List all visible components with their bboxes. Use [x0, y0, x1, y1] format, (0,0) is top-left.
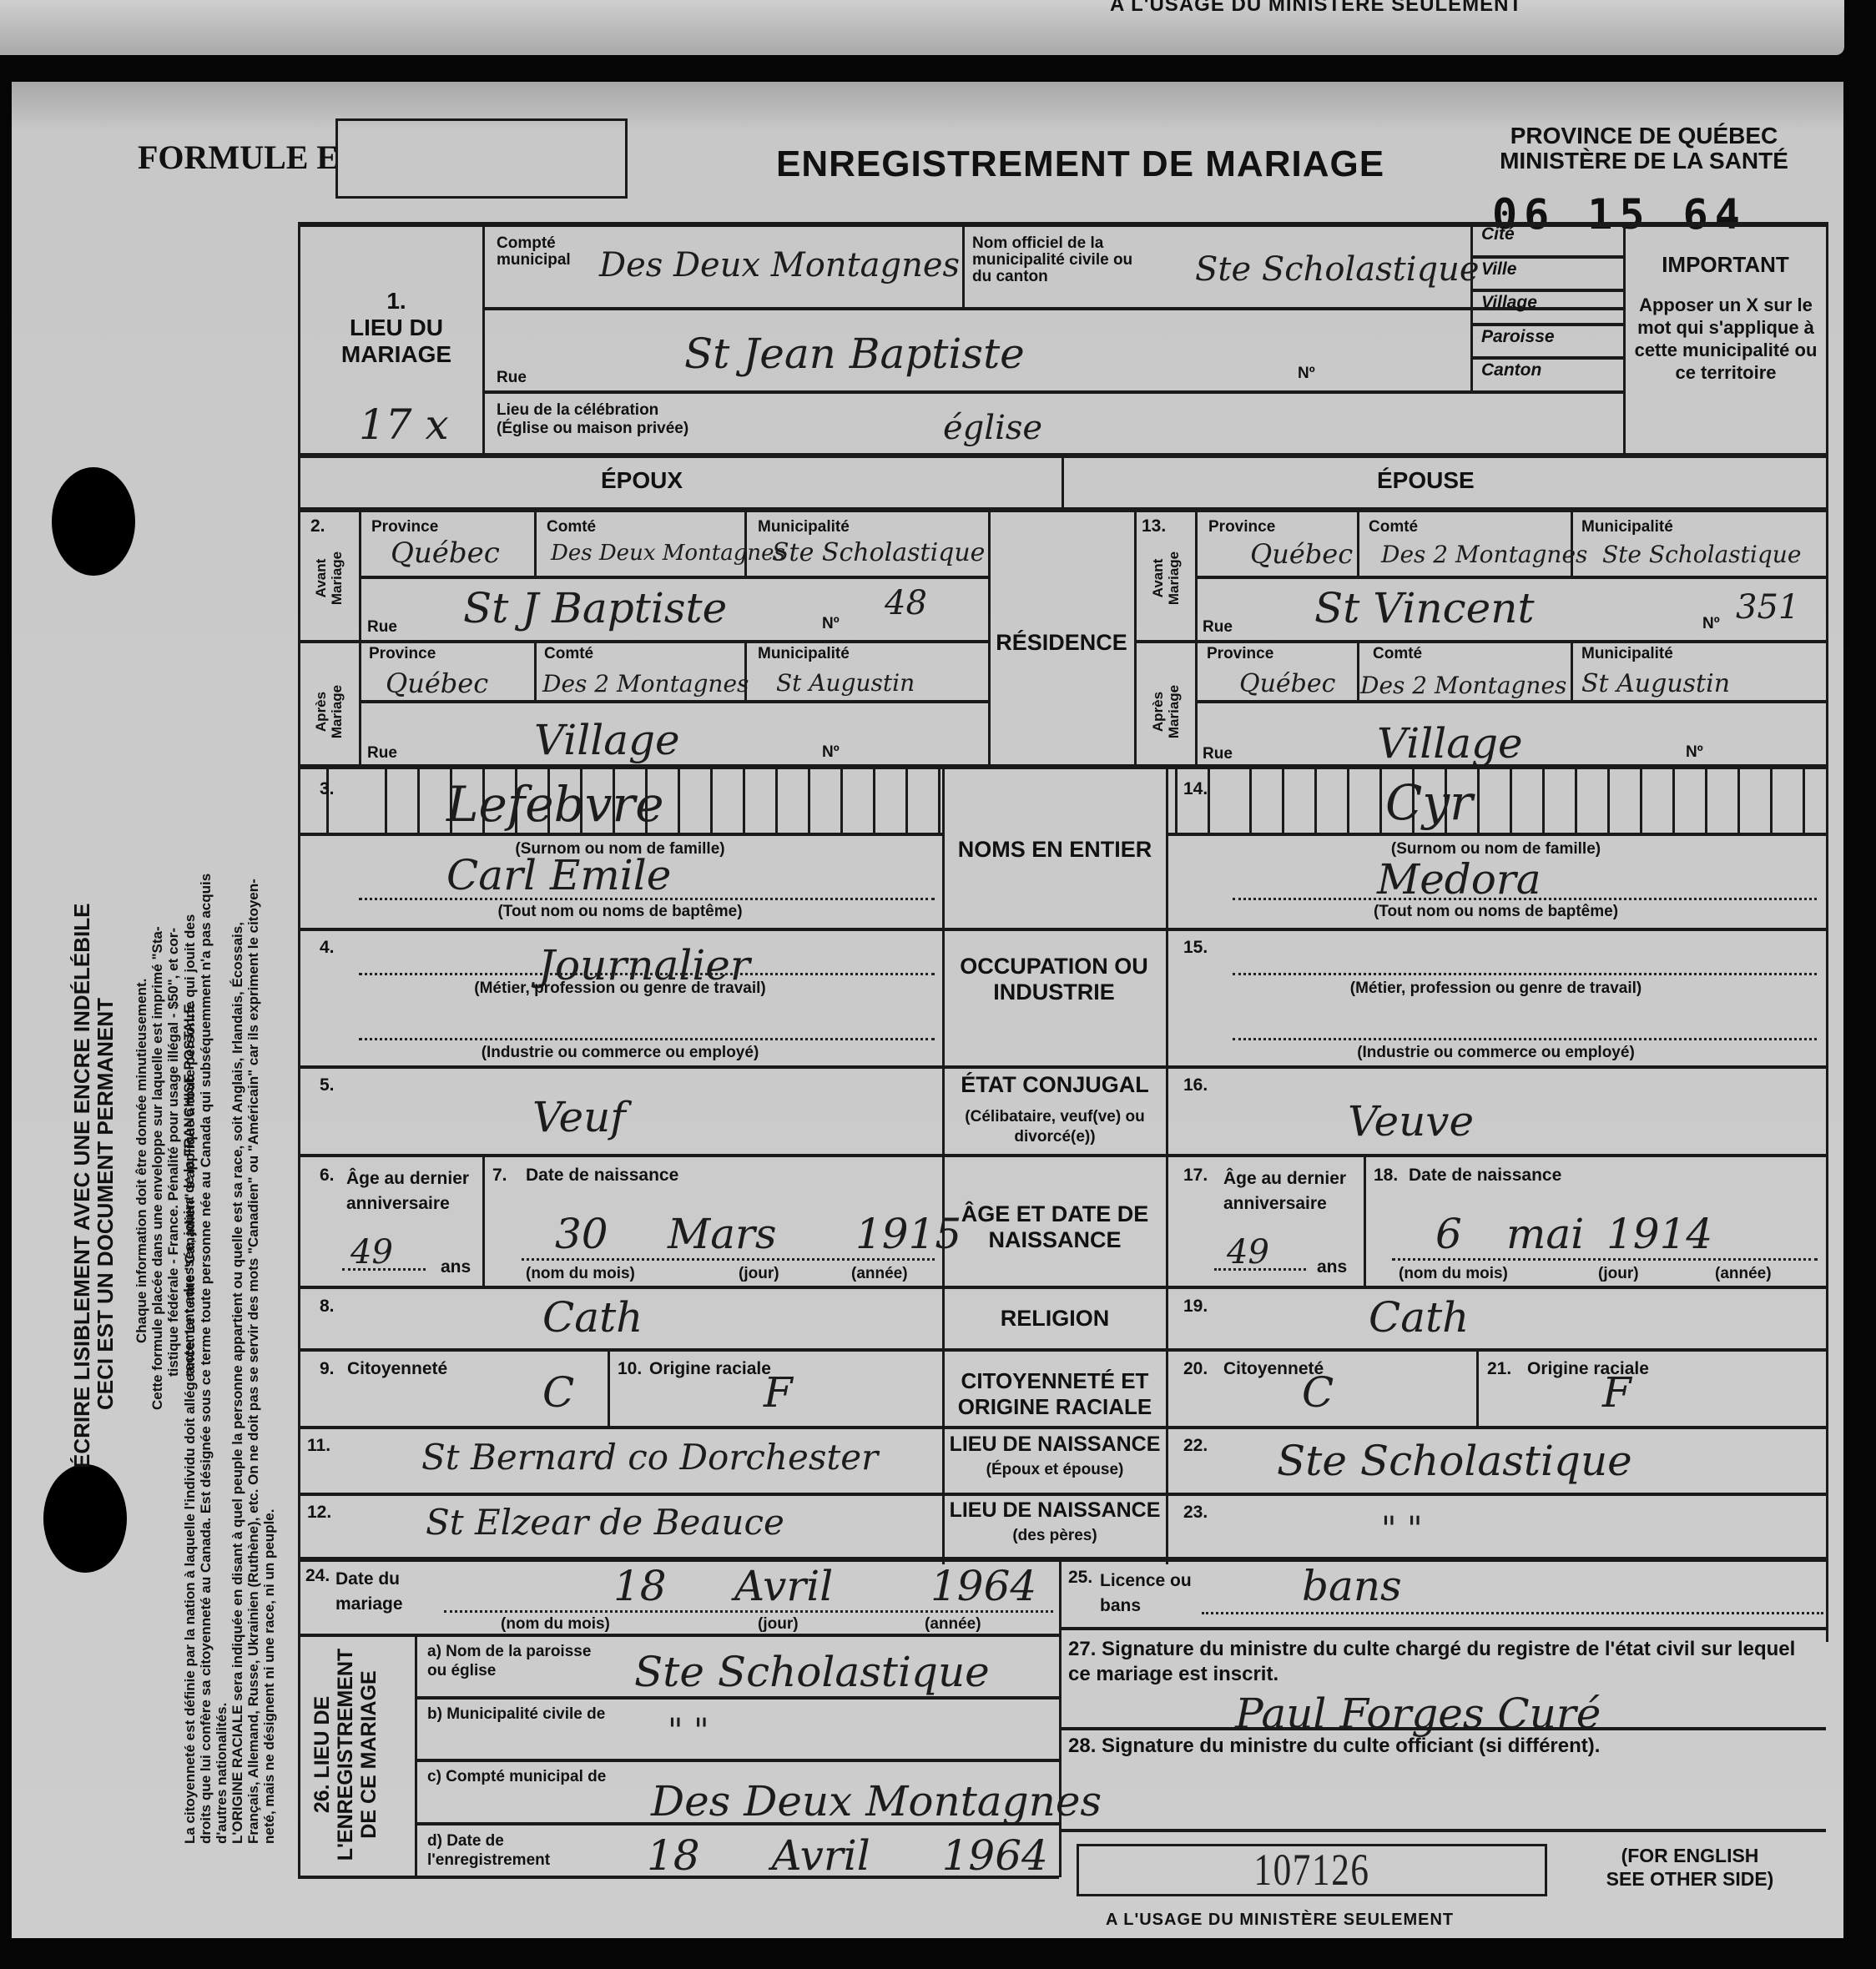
rule: [1364, 1156, 1366, 1287]
epoux-avant-no[interactable]: 48: [885, 584, 927, 622]
side-para3-line2: Français, Allemand, Russe, Ukrainien (Ru…: [245, 874, 261, 1844]
important-title: IMPORTANT: [1627, 255, 1823, 274]
rule: [1059, 1727, 1826, 1730]
epoux-origine[interactable]: F: [764, 1368, 793, 1417]
english-note-line1: (FOR ENGLISH: [1590, 1844, 1790, 1867]
epouse-jour-hint: (jour): [1598, 1266, 1639, 1282]
previous-sheet-footer: A L'USAGE DU MINISTÈRE SEULEMENT: [1110, 0, 1522, 17]
epoux-apres-no-label: Nº: [822, 744, 840, 761]
section26-b-value[interactable]: " ": [668, 1712, 709, 1750]
compte-value[interactable]: Des Deux Montagnes: [599, 246, 960, 285]
rule: [298, 833, 942, 836]
epoux-dob-label: Date de naissance: [526, 1166, 678, 1185]
section24-jour-hint: (jour): [758, 1616, 799, 1633]
epoux-avant-rue[interactable]: St J Baptiste: [463, 584, 727, 632]
dotted-line: [522, 1258, 935, 1261]
type-ville[interactable]: Ville: [1481, 260, 1516, 279]
epoux-apres-rue[interactable]: Village: [534, 716, 680, 764]
rule: [415, 1635, 417, 1877]
section27-signature[interactable]: Paul Forges Curé: [1235, 1690, 1601, 1738]
section1-number: 1.: [330, 288, 463, 315]
rule: [298, 507, 1828, 512]
epouse-avant-rue[interactable]: St Vincent: [1314, 584, 1535, 632]
rule: [608, 1350, 610, 1428]
epoux-dob-number: 7.: [492, 1166, 507, 1185]
epouse-avant-comte[interactable]: Des 2 Montagnes: [1381, 541, 1587, 568]
epoux-avant-no-label: Nº: [822, 616, 840, 632]
epouse-surname-boxes: [1166, 766, 1826, 834]
type-village[interactable]: Village: [1481, 294, 1537, 312]
registration-number-box: 107126: [1077, 1844, 1547, 1896]
epoux-avant-province[interactable]: Québec: [391, 536, 500, 570]
epouse-metier-hint: (Métier, profession ou genre de travail): [1166, 980, 1826, 997]
side-para2-line2: droits que lui confère sa citoyenneté au…: [198, 874, 214, 1844]
epoux-name-number: 3.: [320, 780, 335, 798]
rule: [1059, 1627, 1826, 1630]
english-note: (FOR ENGLISH SEE OTHER SIDE): [1590, 1844, 1790, 1891]
epoux-apres-comte-label: Comté: [544, 646, 593, 662]
rule: [962, 224, 965, 309]
epoux-apres-muni-label: Municipalité: [758, 646, 850, 662]
dotted-line: [1233, 1038, 1817, 1040]
epouse-annee-hint: (année): [1715, 1266, 1772, 1282]
epouse-avant-comte-label: Comté: [1369, 519, 1418, 536]
epoux-apres-province-label: Province: [369, 646, 436, 662]
celebration-label-2: (Église ou maison privée): [497, 420, 688, 437]
epouse-header: ÉPOUSE: [1377, 471, 1475, 490]
etat-conjugal-hint: (Célibataire, veuf(ve) ou divorcé(e)): [951, 1107, 1158, 1147]
epouse-etat-conjugal[interactable]: Veuve: [1348, 1097, 1474, 1146]
section26-a-label: a) Nom de la paroisse ou église: [427, 1642, 607, 1680]
rule: [1470, 356, 1623, 360]
side-para1-line3: tistique fédérale - France. Pénalité pou…: [165, 926, 181, 1810]
epouse-origine[interactable]: F: [1602, 1368, 1631, 1417]
epouse-orig-number: 21.: [1487, 1360, 1511, 1378]
section26-a-value[interactable]: Ste Scholastique: [634, 1648, 990, 1696]
section26-number: 26.: [310, 1784, 334, 1813]
epoux-cit-label: Citoyenneté: [347, 1360, 447, 1378]
dotted-line: [1392, 1258, 1818, 1261]
rule: [1623, 224, 1626, 455]
epouse-avant-province-label: Province: [1208, 519, 1275, 536]
rule: [1059, 1829, 1826, 1832]
section25-label: Licence ou bans: [1100, 1569, 1200, 1619]
epoux-apres-label: Après Mariage: [313, 666, 345, 758]
rule: [298, 1065, 1826, 1069]
epouse-avant-label: Avant Mariage: [1150, 532, 1182, 624]
epouse-etat-number: 16.: [1183, 1076, 1208, 1095]
rule: [534, 641, 537, 702]
licence-ou-bans[interactable]: bans: [1302, 1562, 1402, 1610]
epoux-apres-comte[interactable]: Des 2 Montagnes: [542, 670, 749, 697]
epoux-avant-municipalite[interactable]: Ste Scholastique: [772, 538, 985, 567]
section26-title: LIEU DE L'ENREGISTREMENT DE CE MARIAGE: [310, 1649, 381, 1861]
epoux-citoyennete[interactable]: C: [542, 1368, 574, 1417]
epouse-apres-comte-label: Comté: [1373, 646, 1422, 662]
epouse-avant-province[interactable]: Québec: [1250, 538, 1353, 570]
side-heading-1: ÉCRIRE LISIBLEMENT AVEC UNE ENCRE INDÉLÉ…: [70, 904, 93, 1669]
celebration-value[interactable]: église: [943, 409, 1042, 447]
rule: [1571, 641, 1573, 702]
celebration-label-1: Lieu de la célébration: [497, 402, 658, 419]
rule: [1195, 576, 1826, 579]
punch-hole-top: [52, 467, 135, 576]
epoux-age-label: Âge au dernier anniversaire: [346, 1166, 472, 1216]
authority-province: PROVINCE DE QUÉBEC: [1494, 123, 1794, 149]
epouse-dob-jour[interactable]: 6: [1435, 1210, 1462, 1258]
rue-value[interactable]: St Jean Baptiste: [684, 330, 1025, 378]
dotted-line: [1233, 973, 1817, 975]
rue-label: Rue: [497, 370, 527, 386]
religion-label: RELIGION: [944, 1306, 1166, 1332]
rule: [298, 1493, 1826, 1496]
side-para1-line2: Cette formule placée dans une enveloppe …: [149, 926, 165, 1810]
rule: [359, 509, 361, 766]
side-para2-line1: La citoyenneté est définie par la nation…: [182, 874, 198, 1844]
epoux-given-hint: (Tout nom ou noms de baptême): [298, 904, 942, 920]
epouse-dob-number: 18.: [1374, 1166, 1398, 1185]
rule: [1195, 509, 1198, 766]
side-para3-line3: neté, mais ne désignent ni une race, ni …: [261, 874, 277, 1844]
rule: [1476, 1350, 1479, 1428]
epoux-dob-jour[interactable]: 30: [555, 1210, 608, 1258]
rule: [482, 224, 485, 455]
epouse-industrie-hint: (Industrie ou commerce ou employé): [1166, 1045, 1826, 1061]
dotted-line: [359, 1038, 935, 1040]
rule: [298, 1634, 1059, 1637]
section28-label: 28. Signature du ministre du culte offic…: [1068, 1737, 1600, 1755]
section26-d-label: d) Date de l'enregistrement: [427, 1831, 594, 1870]
rule: [298, 222, 1828, 227]
epoux-etat-conjugal[interactable]: Veuf: [532, 1093, 626, 1141]
occupation-label: OCCUPATION OU INDUSTRIE: [956, 954, 1152, 1005]
epouse-apres-province[interactable]: Québec: [1239, 669, 1335, 698]
office-use-box: [335, 118, 628, 199]
residence-label: RÉSIDENCE: [990, 630, 1133, 656]
epoux-age[interactable]: 49: [350, 1233, 393, 1272]
type-canton[interactable]: Canton: [1481, 361, 1541, 380]
type-paroisse[interactable]: Paroisse: [1481, 328, 1555, 346]
epouse-avant-municipalite[interactable]: Ste Scholastique: [1602, 541, 1801, 568]
epoux-mois-hint: (nom du mois): [526, 1266, 635, 1282]
epoux-avant-province-label: Province: [371, 519, 438, 536]
rule: [298, 1557, 1828, 1562]
section28-text: Signature du ministre du culte officiant…: [1102, 1735, 1600, 1757]
rule: [298, 1348, 1826, 1352]
dotted-line: [444, 1610, 1053, 1613]
side-para1-line1: Chaque information doit être donnée minu…: [134, 926, 149, 1810]
epouse-apres-rue-label: Rue: [1203, 746, 1233, 763]
epouse-apres-province-label: Province: [1207, 646, 1273, 662]
dotted-line: [1202, 1612, 1823, 1614]
rule: [298, 640, 988, 643]
epoux-industrie-hint: (Industrie ou commerce ou employé): [298, 1045, 942, 1061]
epouse-mois-hint: (nom du mois): [1399, 1266, 1508, 1282]
epouse-ans-label: ans: [1317, 1258, 1347, 1277]
epouse-given-hint: (Tout nom ou noms de baptême): [1166, 904, 1826, 920]
epoux-avant-comte[interactable]: Des Deux Montagnes: [551, 541, 785, 566]
rule: [1062, 455, 1064, 509]
rule: [1470, 289, 1623, 292]
epoux-cit-number: 9.: [320, 1360, 335, 1378]
epoux-age-number: 6.: [320, 1166, 335, 1185]
epoux-avant-comte-label: Comté: [547, 519, 596, 536]
epoux-avant-muni-label: Municipalité: [758, 519, 850, 536]
nom-officiel-value[interactable]: Ste Scholastique: [1195, 250, 1480, 289]
rule: [359, 700, 988, 703]
rule: [1195, 700, 1826, 703]
epoux-apres-rue-label: Rue: [367, 745, 397, 762]
marriage-day[interactable]: 18: [613, 1562, 667, 1610]
epoux-lieu-naissance-peres[interactable]: St Elzear de Beauce: [426, 1502, 784, 1543]
rule: [1166, 766, 1168, 1564]
compte-label: Compté municipal: [497, 235, 572, 269]
rule: [1134, 640, 1826, 643]
authority-ministry: MINISTÈRE DE LA SANTÉ: [1494, 149, 1794, 174]
epouse-avant-rue-label: Rue: [1203, 619, 1233, 636]
section26-b-label: b) Municipalité civile de: [427, 1705, 607, 1724]
epouse-avant-muni-label: Municipalité: [1581, 519, 1673, 536]
marriage-month[interactable]: Avril: [734, 1562, 833, 1610]
lieu-naissance-hint-2: (des pères): [944, 1528, 1166, 1544]
side-para2-line3: d'autres nationalités.: [214, 874, 229, 1844]
epouse-given-names[interactable]: Medora: [1377, 855, 1541, 904]
epouse-dob-mois[interactable]: mai: [1506, 1210, 1584, 1258]
side-para3-line1: L'ORIGINE RACIALE sera indiquée en disan…: [229, 874, 245, 1844]
epouse-lieu-peres-number: 23.: [1183, 1503, 1208, 1522]
rule: [482, 307, 1623, 310]
rule: [298, 928, 1826, 931]
dotted-line: [359, 973, 935, 975]
etat-conjugal-label: ÉTAT CONJUGAL: [944, 1072, 1166, 1098]
epoux-religion-number: 8.: [320, 1297, 335, 1316]
epouse-age[interactable]: 49: [1227, 1233, 1269, 1272]
dotted-line: [1233, 898, 1817, 900]
rule: [298, 1154, 1826, 1157]
epoux-lieu-number: 11.: [307, 1437, 330, 1455]
section26-c-value[interactable]: Des Deux Montagnes: [651, 1777, 1102, 1825]
lieu-naissance-label-1: LIEU DE NAISSANCE: [944, 1432, 1166, 1458]
epouse-avant-no[interactable]: 351: [1736, 588, 1799, 627]
rule: [1357, 509, 1359, 577]
epouse-lieu-naissance-peres[interactable]: " ": [1381, 1510, 1423, 1549]
epouse-apres-comte[interactable]: Des 2 Montagnes: [1360, 672, 1566, 699]
epouse-lieu-naissance[interactable]: Ste Scholastique: [1277, 1437, 1632, 1485]
form-label: FORMULE E: [138, 138, 339, 177]
section26-c-label: c) Compté municipal de: [427, 1767, 632, 1786]
epouse-apres-muni-label: Municipalité: [1581, 646, 1673, 662]
section28-number: 28.: [1068, 1735, 1096, 1757]
previous-sheet-strip: A L'USAGE DU MINISTÈRE SEULEMENT: [0, 0, 1844, 55]
rule: [1166, 833, 1826, 836]
epouse-dob-annee[interactable]: 1914: [1606, 1210, 1712, 1258]
section24-mois-hint: (nom du mois): [501, 1616, 610, 1633]
section27-text: Signature du ministre du culte chargé du…: [1068, 1638, 1795, 1685]
epouse-religion-number: 19.: [1183, 1297, 1208, 1316]
type-cite[interactable]: Cité: [1481, 225, 1515, 244]
dotted-line: [359, 898, 935, 900]
cit-origine-label: CITOYENNETÉ ET ORIGINE RACIALE: [944, 1368, 1166, 1420]
section24-annee-hint: (année): [925, 1616, 981, 1633]
page-title: ENREGISTREMENT DE MARIAGE: [776, 144, 1384, 185]
epouse-apres-rue[interactable]: Village: [1377, 719, 1523, 768]
important-text: Apposer un X sur le mot qui s'applique à…: [1629, 294, 1823, 384]
epouse-apres-label: Après Mariage: [1150, 666, 1182, 758]
epoux-metier-hint: (Métier, profession ou genre de travail): [298, 980, 942, 997]
rule: [534, 509, 537, 577]
epouse-age-number: 17.: [1183, 1166, 1208, 1185]
epouse-age-label: Âge au dernier anniversaire: [1223, 1166, 1357, 1216]
marriage-year[interactable]: 1964: [930, 1562, 1036, 1610]
epouse-apres-no-label: Nº: [1686, 744, 1703, 761]
lieu-naissance-hint-1: (Époux et épouse): [944, 1462, 1166, 1478]
noms-en-entier-label: NOMS EN ENTIER: [944, 837, 1166, 863]
nom-officiel-label: Nom officiel de la municipalité civile o…: [972, 235, 1147, 285]
section1-code: 17 x: [359, 400, 449, 449]
epoux-annee-hint: (année): [851, 1266, 908, 1282]
epoux-header: ÉPOUX: [601, 471, 683, 490]
epoux-dob-mois[interactable]: Mars: [668, 1210, 777, 1258]
form-right-border: [1826, 224, 1828, 1642]
side-heading: ÉCRIRE LISIBLEMENT AVEC UNE ENCRE INDÉLÉ…: [70, 904, 117, 1669]
section27-label: 27. Signature du ministre du culte charg…: [1068, 1637, 1819, 1687]
section26-label: 26. LIEU DE L'ENREGISTREMENT DE CE MARIA…: [310, 1634, 381, 1876]
epouse-religion[interactable]: Cath: [1369, 1293, 1469, 1342]
rule: [1357, 641, 1359, 702]
epoux-occ-number: 4.: [320, 939, 335, 957]
epoux-religion[interactable]: Cath: [542, 1293, 643, 1342]
epoux-apres-province[interactable]: Québec: [386, 667, 488, 699]
epouse-apres-municipalite[interactable]: St Augustin: [1581, 669, 1730, 698]
rule: [482, 390, 1623, 394]
age-date-label: ÂGE ET DATE DE NAISSANCE: [944, 1201, 1166, 1253]
epoux-lieu-peres-number: 12.: [307, 1503, 331, 1522]
epouse-surname[interactable]: Cyr: [1385, 774, 1473, 831]
section25-number: 25.: [1068, 1569, 1092, 1587]
epouse-citoyennete[interactable]: C: [1302, 1368, 1334, 1417]
authority-header: PROVINCE DE QUÉBEC MINISTÈRE DE LA SANTÉ: [1494, 123, 1794, 174]
rule: [359, 576, 988, 579]
rule: [482, 1156, 485, 1287]
side-heading-2: CECI EST UN DOCUMENT PERMANENT: [93, 904, 117, 1669]
epouse-lieu-number: 22.: [1183, 1437, 1208, 1455]
rule: [415, 1696, 1059, 1700]
epouse-name-number: 14.: [1183, 780, 1208, 798]
epoux-surname[interactable]: Lefebvre: [446, 776, 664, 833]
section1-title: LIEU DU MARIAGE: [330, 315, 463, 368]
no-label: Nº: [1298, 365, 1315, 382]
epouse-dob-label: Date de naissance: [1409, 1166, 1561, 1185]
section1-label: 1. LIEU DU MARIAGE: [330, 288, 463, 368]
rule: [1470, 255, 1623, 259]
section27-number: 27.: [1068, 1638, 1096, 1660]
epouse-cit-number: 20.: [1183, 1360, 1208, 1378]
side-instructions-citizenship: La citoyenneté est définie par la nation…: [182, 874, 277, 1844]
footer-office-use: A L'USAGE DU MINISTÈRE SEULEMENT: [1106, 1911, 1454, 1929]
epoux-avant-rue-label: Rue: [367, 619, 397, 636]
epoux-apres-municipalite[interactable]: St Augustin: [776, 669, 915, 697]
epoux-lieu-naissance[interactable]: St Bernard co Dorchester: [421, 1437, 878, 1478]
section24-label: Date du mariage: [335, 1567, 436, 1617]
rule: [298, 1286, 1826, 1289]
epoux-ans-label: ans: [441, 1258, 471, 1277]
epoux-etat-number: 5.: [320, 1076, 335, 1095]
epouse-avant-no-label: Nº: [1702, 616, 1720, 632]
epoux-orig-label: Origine raciale: [649, 1360, 771, 1378]
epoux-orig-number: 10.: [618, 1360, 642, 1378]
epoux-jour-hint: (jour): [739, 1266, 779, 1282]
epouse-occ-number: 15.: [1183, 939, 1208, 957]
epoux-given-names[interactable]: Carl Emile: [446, 851, 671, 899]
stamp-code: 06 15 64: [1492, 190, 1747, 239]
rule: [298, 1426, 1826, 1429]
registration-number: 107126: [1126, 1846, 1498, 1893]
section24-number: 24.: [305, 1567, 330, 1585]
rule: [1134, 509, 1137, 766]
epoux-avant-label: Avant Mariage: [313, 532, 345, 624]
lieu-naissance-label-2: LIEU DE NAISSANCE: [944, 1498, 1166, 1523]
rule: [1470, 323, 1623, 326]
english-note-line2: SEE OTHER SIDE): [1590, 1867, 1790, 1891]
rule: [415, 1759, 1059, 1762]
section26-d-value[interactable]: 18 Avril 1964: [647, 1831, 1048, 1880]
